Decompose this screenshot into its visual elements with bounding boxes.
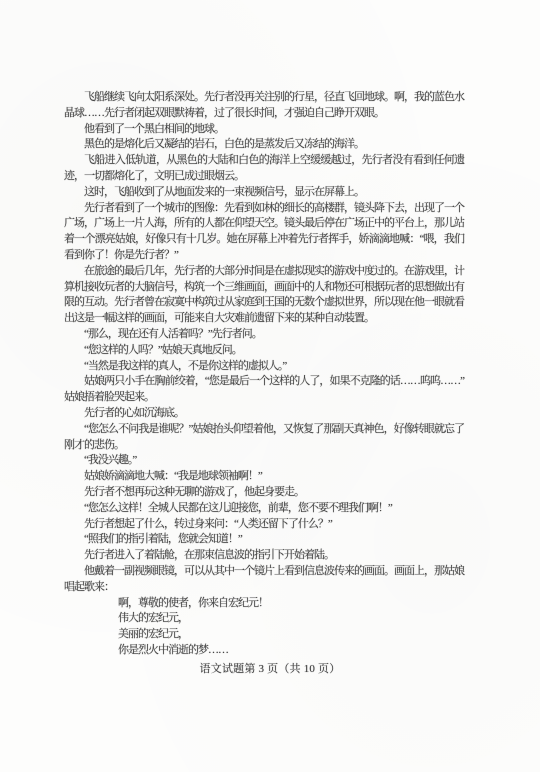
verse-line: 啊，尊敬的使者，你来自宏纪元！ bbox=[64, 596, 464, 612]
paragraph: “我没兴趣。” bbox=[64, 453, 464, 469]
paragraph: “那么，现在还有人活着吗？”先行者问。 bbox=[64, 327, 464, 343]
paragraph: 飞船进入低轨道，从黑色的大陆和白色的海洋上空缓缓越过，先行者没有看到任何遗迹，一… bbox=[64, 153, 464, 185]
page-footer: 语文试题第 3 页（共 10 页） bbox=[0, 660, 540, 676]
paragraph: “您怎么这样！全城人民都在这儿迎接您，前辈，您不要不理我们啊！” bbox=[64, 501, 464, 517]
paragraph: 他看到了一个黑白相间的地球。 bbox=[64, 122, 464, 138]
paragraph: 黑色的是熔化后又凝结的岩石，白色的是蒸发后又冻结的海洋。 bbox=[64, 137, 464, 153]
paragraph: “您怎么不问我是谁呢？”姑娘抬头仰望着他，又恢复了那副天真神色，好像转眼就忘了刚… bbox=[64, 422, 464, 454]
verse-line: 伟大的宏纪元， bbox=[64, 611, 464, 627]
paragraph: 先行者的心如沉海底。 bbox=[64, 406, 464, 422]
scanned-exam-page: 飞船继续飞向太阳系深处。先行者没再关注别的行星，径直飞回地球。啊，我的蓝色水晶球… bbox=[0, 0, 540, 772]
paragraph: 先行者不想再玩这种无聊的游戏了，他起身要走。 bbox=[64, 485, 464, 501]
paragraph: 飞船继续飞向太阳系深处。先行者没再关注别的行星，径直飞回地球。啊，我的蓝色水晶球… bbox=[64, 90, 464, 122]
verse-line: 美丽的宏纪元， bbox=[64, 627, 464, 643]
paragraph: 姑娘两只小手在胸前绞着，“您是最后一个这样的人了，如果不克隆的话……呜呜……”姑… bbox=[64, 374, 464, 406]
paragraph: 先行者进入了着陆舱，在那束信息波的指引下开始着陆。 bbox=[64, 548, 464, 564]
paragraph: 他戴着一副视频眼镜，可以从其中一个镜片上看到信息波传来的画面。画面上，那姑娘唱起… bbox=[64, 564, 464, 596]
paragraph: “您这样的人吗？”姑娘天真地反问。 bbox=[64, 343, 464, 359]
paragraph: “照我们的指引着陆，您就会知道！” bbox=[64, 532, 464, 548]
paragraph: 先行者想起了什么，转过身来问：“人类还留下了什么？” bbox=[64, 517, 464, 533]
verse-line: 你是烈火中消逝的梦…… bbox=[64, 643, 464, 659]
paragraph: 在旅途的最后几年，先行者的大部分时间是在虚拟现实的游戏中度过的。在游戏里，计算机… bbox=[64, 264, 464, 327]
paragraph: 先行者看到了一个城市的图像：先看到如林的细长的高楼群，镜头降下去，出现了一个广场… bbox=[64, 201, 464, 264]
reading-passage: 飞船继续飞向太阳系深处。先行者没再关注别的行星，径直飞回地球。啊，我的蓝色水晶球… bbox=[64, 90, 464, 659]
paragraph: 这时，飞船收到了从地面发来的一束视频信号，显示在屏幕上。 bbox=[64, 185, 464, 201]
paragraph: “当然是我这样的真人，不是你这样的虚拟人。” bbox=[64, 359, 464, 375]
paragraph: 姑娘娇滴滴地大喊：“我是地球领袖啊！” bbox=[64, 469, 464, 485]
